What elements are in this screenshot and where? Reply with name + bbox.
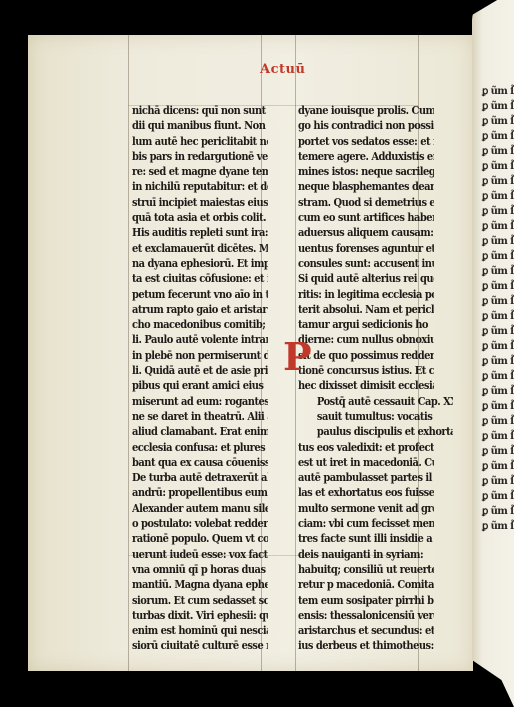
facing-page-text-line: ꝑ ũm ſ̃ in	[482, 115, 514, 130]
text-line: consules sunt: accusent inuicē.	[298, 256, 434, 271]
facing-page-text-line: ꝑ ũm ſ̃ in	[482, 220, 514, 235]
facing-page-text-line: ꝑ ũm ſ̃ in	[482, 100, 514, 115]
text-line: ta est ciuitas cōfusione: et im	[132, 271, 268, 286]
text-line: uerunt iudeū esse: vox facta ē	[132, 547, 268, 562]
facing-page-text-line: ꝑ ũm ſ̃ in	[482, 385, 514, 400]
text-line: habuitq; consiliū ut reuerte	[298, 562, 434, 577]
facing-page-text-line: ꝑ ũm ſ̃ in	[482, 340, 514, 355]
text-line: re: sed et magne dyane templū	[132, 164, 268, 179]
text-line: vna omniū qī p horas duas cla	[132, 562, 268, 577]
text-line: pibus qui erant amici eius	[132, 378, 268, 393]
text-line: aristarchus et secundus: et ga	[298, 623, 434, 638]
facing-page-text-line: ꝑ ũm ſ̃ in	[482, 505, 514, 520]
text-line: sauit tumultus: vocatis	[298, 409, 453, 424]
text-line: ensis: thessalonicensiū vero	[298, 608, 434, 623]
text-line: cho macedonibus comitib; pau	[132, 317, 268, 332]
text-line: ius derbeus et thimotheus:	[298, 638, 434, 653]
text-line: aduersus aliquem causam: cō	[298, 225, 434, 240]
text-line: cum eo sunt artifices habent	[298, 210, 434, 225]
text-line: siorum. Et cum sedasset scriba	[132, 593, 268, 608]
text-line: His auditis repleti sunt ira:	[132, 225, 268, 240]
facing-page-text-line: ꝑ ũm ſ̃ in	[482, 265, 514, 280]
facing-page-text-line: ꝑ ũm ſ̃ in	[482, 175, 514, 190]
facing-page-text-line: ꝑ ũm ſ̃ in	[482, 205, 514, 220]
rubricated-initial: P	[283, 338, 312, 376]
text-line: tamur argui sedicionis ho	[298, 317, 434, 332]
text-line: miserunt ad eum: rogantes	[132, 394, 268, 409]
text-line: neque blasphemantes deam ve	[298, 179, 434, 194]
text-line: et exclamauerūt dicētes. Magna	[132, 241, 268, 256]
facing-page-text-line: ꝑ ũm ſ̃ in	[482, 400, 514, 415]
text-line: li. Paulo autē volente intrare	[132, 332, 268, 347]
facing-page-text-line: ꝑ ũm ſ̃ in	[482, 280, 514, 295]
text-line: in plebē non permiserunt discipu	[132, 348, 268, 363]
facing-page-text-line: ꝑ ũm ſ̃ in	[482, 490, 514, 505]
facing-page-text-line: ꝑ ũm ſ̃ in	[482, 520, 514, 535]
ruling-line	[128, 35, 129, 671]
manuscript-page: Actuū nichā dicens: quī non suntdii qui …	[28, 35, 473, 671]
text-line: atrum rapto gaio et aristar	[132, 302, 268, 317]
text-line: ecclesia confusa: et plures nescie	[132, 440, 268, 455]
text-line: tus eos valedixit: et profectus	[298, 440, 434, 455]
text-line: tres facte sunt illi insidie a iu	[298, 531, 434, 546]
text-line: sit de quo possimus reddere ra	[298, 348, 434, 363]
facing-page-edge: ꝑ ũm ſ̃ inꝑ ũm ſ̃ inꝑ ũm ſ̃ inꝑ ũm ſ̃ in…	[472, 0, 514, 707]
text-line: li. Quidā autē et de asie princi	[132, 363, 268, 378]
text-line: siorū ciuitatē culturē esse magne	[132, 638, 268, 653]
text-line: andrū: propellentibus eum iudeis.	[132, 485, 268, 500]
text-line: bant qua ex causa cōuenissēt.	[132, 455, 268, 470]
text-line: est ut iret in macedoniā. Cum	[298, 455, 434, 470]
text-line: bis pars in redargutionē veni	[132, 149, 268, 164]
text-line: Si quid autē alterius rei que	[298, 271, 434, 286]
text-line: tionē concursus istius. Et cū	[298, 363, 434, 378]
text-line: terit absolui. Nam et pericli	[298, 302, 434, 317]
text-line: autē pambulasset partes il	[298, 470, 434, 485]
facing-page-text-line: ꝑ ũm ſ̃ in	[482, 460, 514, 475]
text-line: uentus forenses aguntur et p	[298, 241, 434, 256]
text-line: hec dixisset dimisit ecclesiam.	[298, 378, 434, 393]
text-line: mantiū. Magna dyana ephe	[132, 577, 268, 592]
text-line: go his contradici non possit: o	[298, 118, 434, 133]
facing-page-text-line: ꝑ ũm ſ̃ in	[482, 190, 514, 205]
text-line: temere agere. Adduxistis enim ho	[298, 149, 434, 164]
text-line: ne se daret in theatrū. Alii autē	[132, 409, 268, 424]
text-line: turbas dixit. Viri ephesii: quis	[132, 608, 268, 623]
facing-page-text-line: ꝑ ũm ſ̃ in	[482, 355, 514, 370]
running-head: Actuū	[260, 62, 305, 77]
facing-page-text-line: ꝑ ũm ſ̃ in	[482, 310, 514, 325]
text-line: na dyana ephesiorū. Et imple	[132, 256, 268, 271]
facing-page-text-line: ꝑ ũm ſ̃ in	[482, 325, 514, 340]
facing-page-text-line: ꝑ ũm ſ̃ in	[482, 415, 514, 430]
text-line: dyane iouisque prolis. Cum er	[298, 103, 434, 118]
facing-page-text-line: ꝑ ũm ſ̃ in	[482, 475, 514, 490]
text-line: in nichilū reputabitur: et de	[132, 179, 268, 194]
text-line: quā tota asia et orbis colit.	[132, 210, 268, 225]
facing-page-text-line: ꝑ ũm ſ̃ in	[482, 250, 514, 265]
text-column-right: dyane iouisque prolis. Cum ergo his cont…	[298, 103, 434, 654]
text-line: petum fecerunt vno aīo in the	[132, 287, 268, 302]
text-line: lum autē hec periclitabit no	[132, 134, 268, 149]
text-column-left: nichā dicens: quī non suntdii qui manibu…	[132, 103, 268, 654]
text-line: enim est hominū qui nesciat ephe	[132, 623, 268, 638]
text-line: ritis: in legitima ecclesia po	[298, 287, 434, 302]
text-line: dii qui manibus fiunt. Non so	[132, 118, 268, 133]
facing-page-text-line: ꝑ ũm ſ̃ in	[482, 445, 514, 460]
text-line: dierne: cum nullus obnoxius	[298, 332, 434, 347]
text-line: Postq̄ autē cessauit Cap. XX	[298, 394, 453, 409]
facing-page-text-line: ꝑ ũm ſ̃ in	[482, 85, 514, 100]
facing-page-text-line: ꝑ ũm ſ̃ in	[482, 235, 514, 250]
text-line: struī incipiet maiestas eius:	[132, 195, 268, 210]
facing-page-text-line: ꝑ ũm ſ̃ in	[482, 145, 514, 160]
facing-page-text-line: ꝑ ũm ſ̃ in	[482, 160, 514, 175]
text-line: Alexander autem manu silentio	[132, 501, 268, 516]
facing-page-text-line: ꝑ ũm ſ̃ in	[482, 430, 514, 445]
text-line: aliud clamabant. Erat enim	[132, 424, 268, 439]
text-line: nichā dicens: quī non sunt	[132, 103, 268, 118]
text-line: mines istos: neque sacrilegos	[298, 164, 434, 179]
text-line: deis nauiganti in syriam:	[298, 547, 434, 562]
text-line: las et exhortatus eos fuisset	[298, 485, 434, 500]
text-line: ciam: vbi cum fecisset menses	[298, 516, 434, 531]
text-line: portet vos sedatos esse: et nichil	[298, 134, 434, 149]
text-line: stram. Quod si demetrius et q	[298, 195, 434, 210]
text-line: retur p macedoniā. Comitatus est au	[298, 577, 434, 592]
text-line: De turba autē detraxerūt alex	[132, 470, 268, 485]
text-line: rationē populo. Quem vt cogno	[132, 531, 268, 546]
text-line: tem eum sosipater pirrhi bero	[298, 593, 434, 608]
facing-page-text-line: ꝑ ũm ſ̃ in	[482, 295, 514, 310]
facing-page-text-line: ꝑ ũm ſ̃ in	[482, 370, 514, 385]
text-line: paulus discipulis et exhorta	[298, 424, 453, 439]
facing-page-text-line: ꝑ ũm ſ̃ in	[482, 130, 514, 145]
text-line: o postulato: volebat reddere	[132, 516, 268, 531]
text-line: multo sermone venit ad gre	[298, 501, 434, 516]
